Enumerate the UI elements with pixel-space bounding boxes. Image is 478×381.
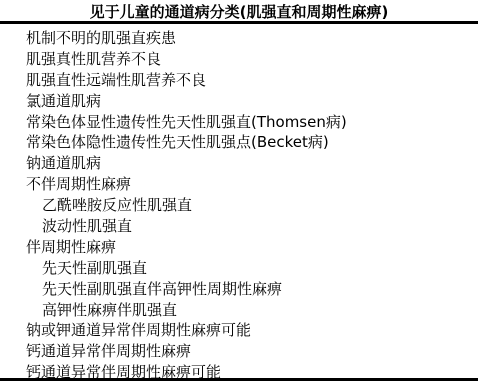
table-row: 钠通道肌病 [0,153,478,174]
table-row: 先天性副肌强直伴高钾性周期性麻痹 [0,279,478,300]
table-row: 乙酰唑胺反应性肌强直 [0,195,478,216]
table-row: 肌强直性远端性肌营养不良 [0,70,478,91]
table-row: 波动性肌强直 [0,216,478,237]
table-row: 钙通道异常伴周期性麻痹 [0,341,478,362]
table-row: 氯通道肌病 [0,91,478,112]
channelopathy-classification-table: 见于儿童的通道病分类(肌强直和周期性麻痹) 机制不明的肌强直疾患肌强真性肌营养不… [0,0,478,381]
table-title: 见于儿童的通道病分类(肌强直和周期性麻痹) [0,0,478,24]
table-row: 钠或钾通道异常伴周期性麻痹可能 [0,320,478,341]
table-row: 高钾性麻痹伴肌强直 [0,300,478,321]
table-row: 机制不明的肌强直疾患 [0,28,478,49]
table-row: 伴周期性麻痹 [0,237,478,258]
table-row: 常染色体隐性遗传性先天性肌强点(Becket病) [0,132,478,153]
table-row: 不伴周期性麻痹 [0,174,478,195]
table-row: 常染色体显性遗传性先天性肌强直(Thomsen病) [0,112,478,133]
table-body: 机制不明的肌强直疾患肌强真性肌营养不良肌强直性远端性肌营养不良氯通道肌病常染色体… [0,24,478,381]
table-row: 先天性副肌强直 [0,258,478,279]
table-row: 肌强真性肌营养不良 [0,49,478,70]
table-row: 钙通道异常伴周期性麻痹可能 [0,362,478,381]
